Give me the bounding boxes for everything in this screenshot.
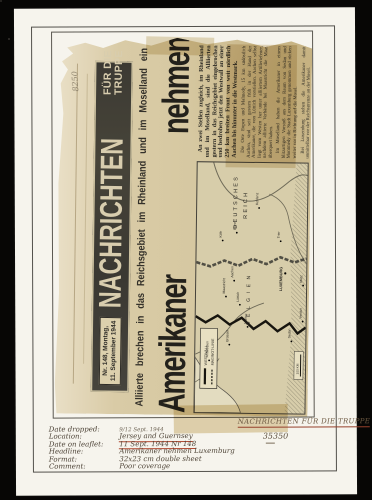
annotation-row: Headline: Amerikaner nehmen Luxemburg [49,440,235,448]
map-legend-box [200,328,218,388]
city-label: Aachen [230,266,234,278]
issue-line2: 11. September 1944 [110,321,119,381]
paper-crease [83,74,88,364]
pencil-note: 8250 [70,71,80,92]
river-rhein [213,162,307,201]
city-label: Köln [219,231,223,238]
masthead-bar: Nr. 148, Montag, 11. September 1944 NACH… [91,61,133,392]
city-label: Koblenz [255,192,259,205]
masthead-subtitle-line2: TRUPPE [114,50,126,95]
city-label: Metz [299,275,303,283]
city-label: Brüssel [225,330,229,342]
city-label: Bonn [233,222,237,230]
issue-box: Nr. 148, Montag, 11. September 1944 [98,317,122,386]
annotation-label: Comment: [49,462,115,470]
tape-piece [226,44,298,168]
paper-crease [73,64,78,384]
annotation-series-title: NACHRICHTEN FÜR DIE TRUPPE [238,417,370,428]
photo-frame: 8250 Nr. 148, Montag, 11. September 1944… [0,0,372,500]
annotation-row: Date dropped: 9/12 Sept. 1944 [49,418,164,426]
city-markers: Antwerpen Brüssel Namur Lüttich Maastric… [205,192,305,363]
tape-piece [146,36,214,55]
map-scale-label: 100 KM [296,363,300,374]
subheadline: Alliierte brechen in das Reichsgebiet im… [134,48,151,407]
body-paragraph: Bei Luxemburg stehen die Amerikaner dami… [300,47,310,159]
city-label: Namur [244,313,248,324]
map-label-deutsches: DEUTSCHES [233,175,240,229]
film-specks [0,0,2,2]
masthead-subtitle: FÜR DIE TRUPPE [102,50,125,95]
city-label: Antwerpen [205,341,209,357]
annotation-catalogue-number: 35350 [263,432,288,441]
city-label: Lüttich [236,292,240,302]
annotation-row: Format: 32x23 cm double sheet [49,447,202,455]
city-label-luxemburg: LUXEMBURG [279,267,283,292]
annotation-value: Poor coverage [119,462,170,470]
front-map: WESTWALL MAGINOT-LINIE B E L G I E N DEU… [193,161,308,414]
westwall-line [196,256,306,267]
annotation-row: Date on leaflet: 11 Sept. 1944 Nr 148 [49,432,196,440]
city-label: Verdun [299,308,303,319]
front-map-svg: WESTWALL MAGINOT-LINIE B E L G I E N DEU… [194,162,307,413]
annotation-row: Location: Jersey and Guernsey [49,425,193,433]
city-label: Maastricht [222,278,226,294]
city-label: Sedan [287,328,291,338]
annotation-number-underline [266,443,275,444]
annotation-row: Comment: Poor coverage [49,455,170,463]
city-label: Trier [277,231,281,239]
masthead-title: NACHRICHTEN [93,137,131,308]
legend-maginot-label: MAGINOT-LINIE [211,338,215,365]
album-page: 8250 Nr. 148, Montag, 11. September 1944… [14,7,357,495]
map-label-reich: REICH [243,191,249,219]
